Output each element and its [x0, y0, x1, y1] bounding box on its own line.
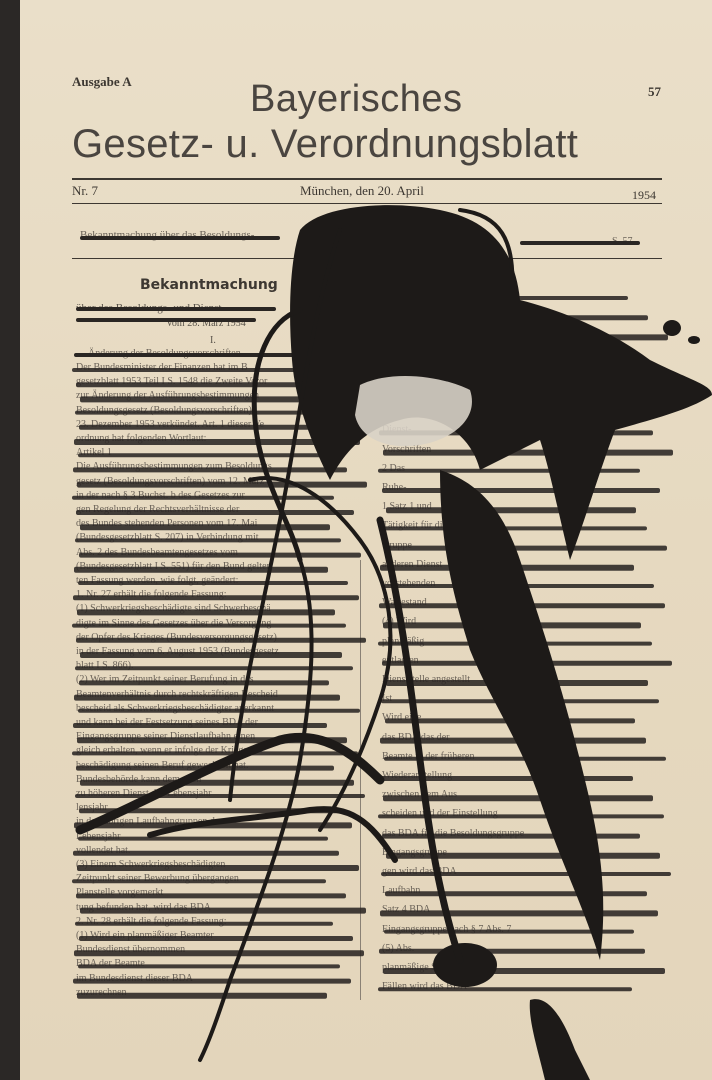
- ink-lower-drip: [530, 999, 590, 1080]
- ink-head-blot: [290, 205, 712, 560]
- ink-drop: [433, 943, 497, 987]
- ink-neck-mass: [440, 470, 603, 960]
- ink-drawing: [0, 0, 712, 1080]
